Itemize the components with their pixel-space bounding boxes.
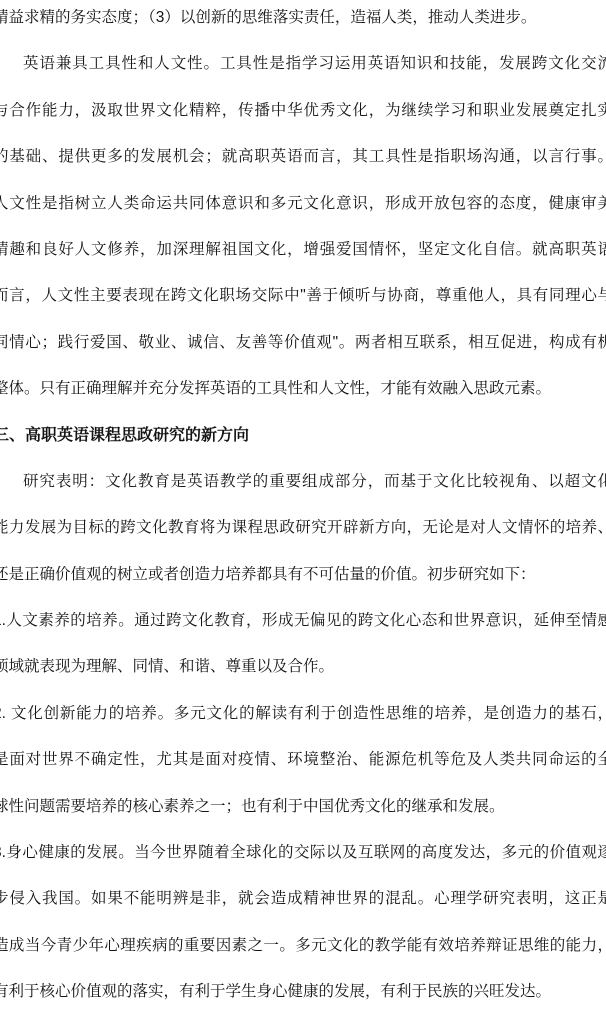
text-line: 有利于核心价值观的落实，有利于学生身心健康的发展，有利于民族的兴旺发达。 xyxy=(0,969,606,1015)
document-page: 精益求精的务实态度；（3）以创新的思维落实责任，造福人类，推动人类进步。 英语兼… xyxy=(0,0,606,1020)
text-line: 领域就表现为理解、同情、和谐、尊重以及合作。 xyxy=(0,644,606,690)
text-line: 英语兼具工具性和人文性。工具性是指学习运用英语知识和技能，发展跨文化交流 xyxy=(0,41,606,87)
text-line: 能力发展为目标的跨文化教育将为课程思政研究开辟新方向，无论是对人文情怀的培养、 xyxy=(0,505,606,551)
section-heading: 三、高职英语课程思政研究的新方向 xyxy=(0,413,606,459)
text-line: 整体。只有正确理解并充分发挥英语的工具性和人文性，才能有效融入思政元素。 xyxy=(0,366,606,412)
text-line: 的基础、提供更多的发展机会；就高职英语而言，其工具性是指职场沟通，以言行事。 xyxy=(0,134,606,180)
text-line: 1.人文素养的培养。通过跨文化教育，形成无偏见的跨文化心态和世界意识，延伸至情感 xyxy=(0,598,606,644)
text-line: 与合作能力，汲取世界文化精粹，传播中华优秀文化，为继续学习和职业发展奠定扎实 xyxy=(0,88,606,134)
text-line: 而言，人文性主要表现在跨文化职场交际中"善于倾听与协商，尊重他人，具有同理心与 xyxy=(0,273,606,319)
text-line: 人文性是指树立人类命运共同体意识和多元文化意识，形成开放包容的态度，健康审美 xyxy=(0,181,606,227)
text-line: 精益求精的务实态度；（3）以创新的思维落实责任，造福人类，推动人类进步。 xyxy=(0,0,606,41)
text-line: 是面对世界不确定性，尤其是面对疫情、环境整治、能源危机等危及人类共同命运的全 xyxy=(0,737,606,783)
text-line: 造成当今青少年心理疾病的重要因素之一。多元文化的教学能有效培养辩证思维的能力， xyxy=(0,923,606,969)
text-line: 同情心；践行爱国、敬业、诚信、友善等价值观"。两者相互联系，相互促进，构成有机 xyxy=(0,320,606,366)
text-line: 还是正确价值观的树立或者创造力培养都具有不可估量的价值。初步研究如下： xyxy=(0,552,606,598)
text-line: 2. 文化创新能力的培养。多元文化的解读有利于创造性思维的培养，是创造力的基石， xyxy=(0,691,606,737)
document-text-block: 精益求精的务实态度；（3）以创新的思维落实责任，造福人类，推动人类进步。 英语兼… xyxy=(0,0,606,1016)
text-line: 球性问题需要培养的核心素养之一；也有利于中国优秀文化的继承和发展。 xyxy=(0,784,606,830)
text-line: 步侵入我国。如果不能明辨是非，就会造成精神世界的混乱。心理学研究表明，这正是 xyxy=(0,876,606,922)
text-line: 研究表明：文化教育是英语教学的重要组成部分，而基于文化比较视角、以超文化 xyxy=(0,459,606,505)
text-line: 情趣和良好人文修养，加深理解祖国文化，增强爱国情怀，坚定文化自信。就高职英语 xyxy=(0,227,606,273)
text-line: 3.身心健康的发展。当今世界随着全球化的交际以及互联网的高度发达，多元的价值观逐 xyxy=(0,830,606,876)
